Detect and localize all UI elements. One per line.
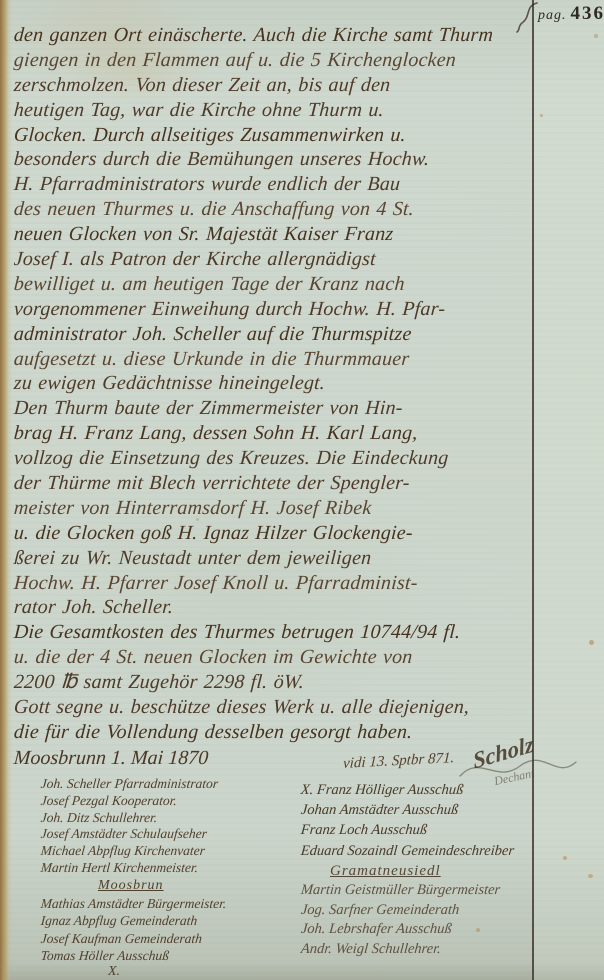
manuscript-line: der Thürme mit Blech verrichtete der Spe… <box>13 471 534 496</box>
stain <box>476 928 480 932</box>
manuscript-line: die für die Vollendung desselben gesorgt… <box>13 720 534 745</box>
manuscript-line: besonders durch die Bemühungen unseres H… <box>13 147 534 172</box>
manuscript-line: Gott segne u. beschütze dieses Werk u. a… <box>13 695 534 720</box>
signature-entry: Josef Pezgal Kooperator. <box>40 793 227 810</box>
page-number-value: 436 <box>571 3 604 24</box>
stain <box>563 856 567 860</box>
manuscript-line: des neuen Thurmes u. die Anschaffung von… <box>13 197 534 222</box>
manuscript-line: zerschmolzen. Von dieser Zeit an, bis au… <box>13 73 534 98</box>
signature-entry: Martin Hertl Kirchenmeister. <box>40 860 227 877</box>
signature-entry: Ignaz Abpflug Gemeinderath <box>40 912 227 930</box>
signature-entry: Michael Abpflug Kirchenvater <box>40 843 227 860</box>
manuscript-line: u. die Glocken goß H. Ignaz Hilzer Glock… <box>13 521 534 546</box>
signature-entry: Joh. Lebrshafer Ausschuß <box>300 920 515 940</box>
manuscript-line: brag H. Franz Lang, dessen Sohn H. Karl … <box>13 421 534 446</box>
manuscript-line: bewilliget u. am heutigen Tage der Kranz… <box>13 272 534 297</box>
manuscript-line: aufgesetzt u. diese Urkunde in die Thurm… <box>13 347 534 372</box>
manuscript-line: meister von Hinterramsdorf H. Josef Ribe… <box>13 496 534 521</box>
signature-entry: Mathias Amstädter Bürgermeister. <box>40 895 227 913</box>
right-margin-area <box>534 0 604 980</box>
signature-entry: Josef Kaufman Gemeinderath <box>40 930 227 948</box>
signature-block-committee: X. Franz Hölliger AusschußJohan Amstädte… <box>300 780 513 861</box>
signature-entry: Tomas Höller Ausschuß <box>40 947 227 965</box>
signature-entry: Johan Amstädter Ausschuß <box>300 800 515 820</box>
body-text: den ganzen Ort einäscherte. Auch die Kir… <box>13 23 532 745</box>
manuscript-line: 2200 ℔ samt Zugehör 2298 fl. öW. <box>13 670 534 695</box>
manuscript-line: Die Gesamtkosten des Thurmes betrugen 10… <box>13 620 534 645</box>
manuscript-line: zu ewigen Gedächtnisse hineingelegt. <box>13 371 534 396</box>
manuscript-line: rator Joh. Scheller. <box>13 595 534 620</box>
signature-entry: Franz Loch Ausschuß <box>300 820 515 840</box>
manuscript-line: Hochw. H. Pfarrer Josef Knoll u. Pfarrad… <box>13 571 534 596</box>
manuscript-line: den ganzen Ort einäscherte. Auch die Kir… <box>13 23 534 48</box>
stain <box>540 114 543 117</box>
signature-entry: Martin Geistmüller Bürgermeister <box>300 881 515 901</box>
page-number-label: pag. <box>538 8 567 23</box>
manuscript-line: administrator Joh. Scheller auf die Thur… <box>13 322 534 347</box>
signature-entry: Jog. Sarfner Gemeinderath <box>300 901 515 921</box>
stain <box>58 306 61 309</box>
vidi-note: vidi 13. Sptbr 871. <box>343 750 455 773</box>
signature-block-gramatneusiedl: Martin Geistmüller BürgermeisterJog. Sar… <box>300 881 513 960</box>
signature-entry: Joh. Ditz Schullehrer. <box>40 810 227 827</box>
signature-entry: X. Franz Hölliger Ausschuß <box>300 780 515 800</box>
signature-column-left: Joh. Scheller PfarradministratorJosef Pe… <box>40 776 226 978</box>
signature-column-right: X. Franz Hölliger AusschußJohan Amstädte… <box>300 780 513 960</box>
stain <box>594 34 598 38</box>
signature-block-moosbrunn: Mathias Amstädter Bürgermeister.Ignaz Ab… <box>40 895 226 965</box>
place-heading-gramatneusiedl: Gramatneusiedl <box>330 861 513 881</box>
dateline-place-date: Moosbrunn 1. Mai 1870 <box>13 747 209 770</box>
signature-entry: Andr. Weigl Schullehrer. <box>300 940 515 960</box>
stain <box>589 640 594 645</box>
signature-entry: Eduard Sozaindl Gemeindeschreiber <box>300 841 515 861</box>
manuscript-line: Glocken. Durch allseitiges Zusammenwirke… <box>13 123 534 148</box>
manuscript-line: Josef I. als Patron der Kirche allergnäd… <box>13 247 534 272</box>
manuscript-line: H. Pfarradministrators wurde endlich der… <box>13 172 534 197</box>
signature-block-officials: Joh. Scheller PfarradministratorJosef Pe… <box>40 776 226 877</box>
manuscript-line: heutigen Tag, war die Kirche ohne Thurm … <box>13 98 534 123</box>
cross-mark: X. <box>108 965 226 978</box>
signature-entry: Joh. Scheller Pfarradministrator <box>40 776 227 793</box>
page-edge <box>0 0 12 980</box>
manuscript-line: u. die der 4 St. neuen Glocken im Gewich… <box>13 645 534 670</box>
stain <box>588 874 593 878</box>
page-number: pag. 436 <box>538 3 600 25</box>
manuscript-line: neuen Glocken von Sr. Majestät Kaiser Fr… <box>13 222 534 247</box>
manuscript-line: vollzog die Einsetzung des Kreuzes. Die … <box>13 446 534 471</box>
manuscript-line: giengen in den Flammen auf u. die 5 Kirc… <box>13 48 534 73</box>
signature-entry: Josef Amstädter Schulaufseher <box>40 826 227 843</box>
manuscript-line: ßerei zu Wr. Neustadt unter dem jeweilig… <box>13 546 534 571</box>
manuscript-page: pag. 436 den ganzen Ort einäscherte. Auc… <box>0 0 604 980</box>
stain <box>196 518 199 521</box>
manuscript-line: Den Thurm baute der Zimmermeister von Hi… <box>13 396 534 421</box>
manuscript-line: vorgenommener Einweihung durch Hochw. H.… <box>13 297 534 322</box>
place-heading-moosbrunn: Moosbrun <box>98 877 226 895</box>
